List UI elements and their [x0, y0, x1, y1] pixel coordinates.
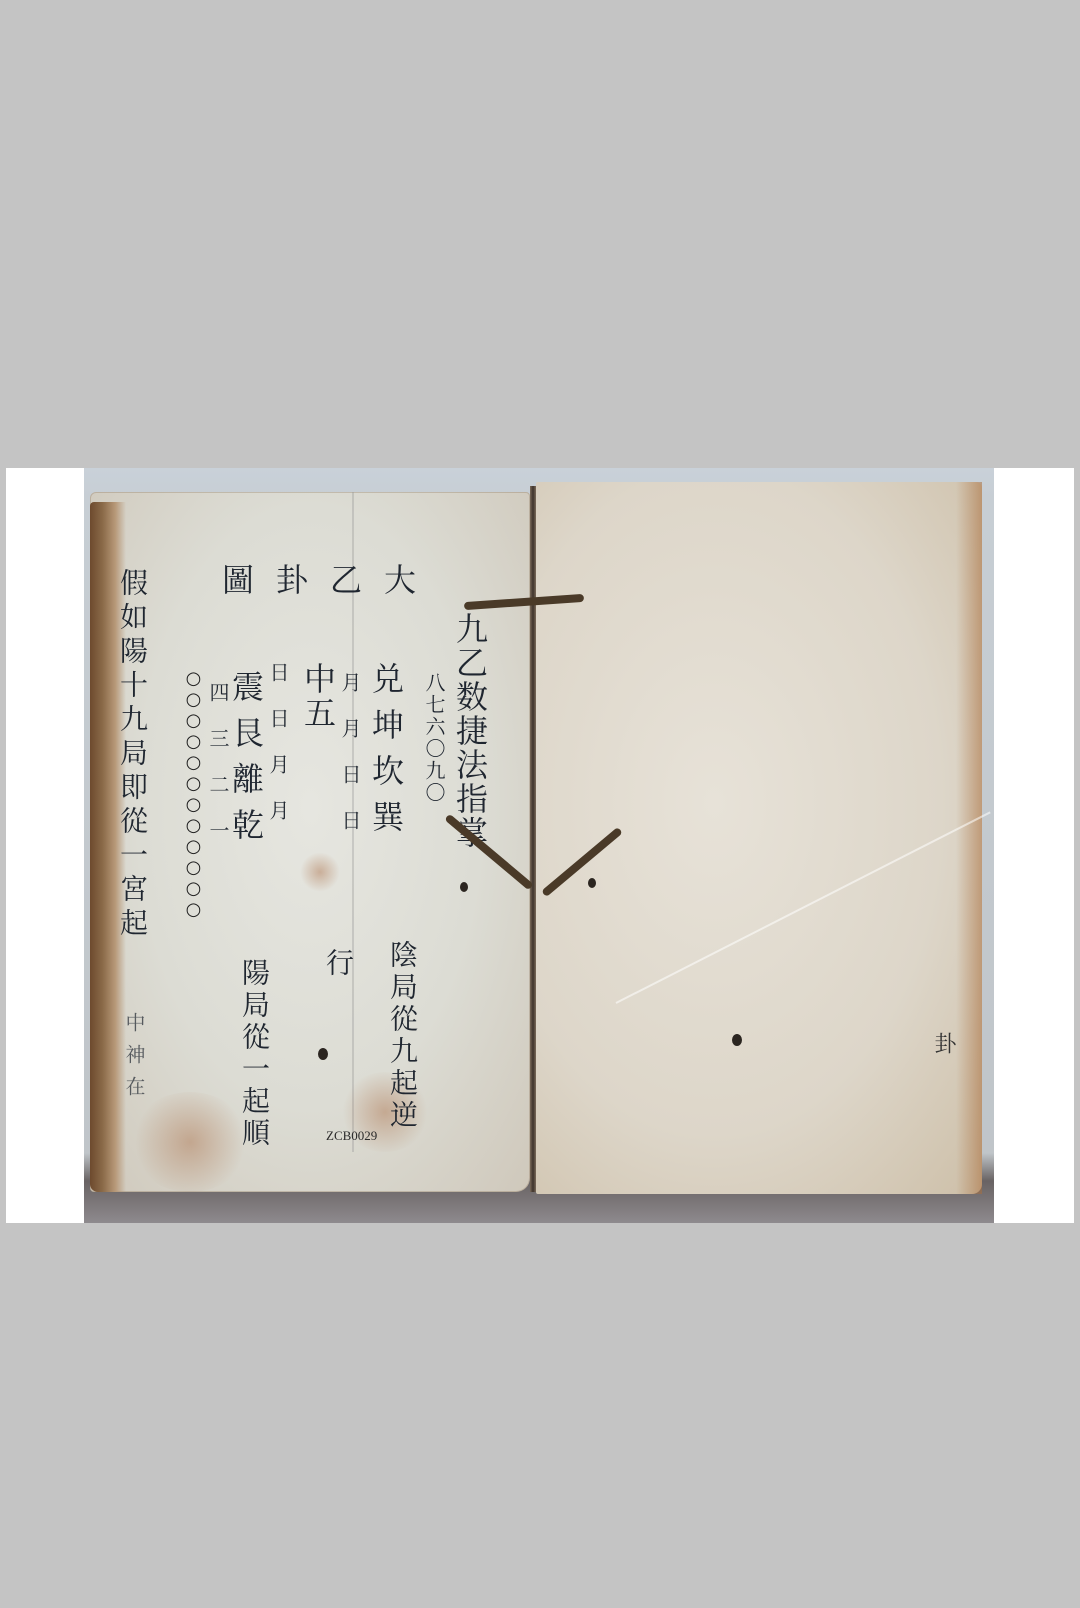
watermark-id: ZCB0029	[326, 1128, 377, 1144]
text-column-4: 中五	[302, 662, 334, 730]
numeral-column-2: 四三二一	[208, 682, 228, 866]
numeral-column-1: 八七六〇九〇	[424, 672, 444, 804]
worm-hole	[460, 882, 468, 892]
text-column-8: 假如陽十九局即從一宮起	[118, 568, 146, 942]
paper-crease	[616, 811, 991, 1003]
page-title: 大乙卦圖	[222, 564, 438, 596]
right-page-edge-stain	[956, 482, 982, 1194]
left-page: 大乙卦圖 九乙数捷法指掌 八七六〇九〇 兑坤坎巽 月月日日 中五 日日月月 震艮…	[90, 492, 530, 1192]
book-photo: 大乙卦圖 九乙数捷法指掌 八七六〇九〇 兑坤坎巽 月月日日 中五 日日月月 震艮…	[84, 468, 994, 1223]
worm-hole	[588, 878, 596, 888]
circle-column: ○○○○○○○○○○○○	[184, 668, 202, 920]
text-column-9: 中神在	[124, 1012, 144, 1108]
text-column-5: 日日月月	[268, 662, 288, 846]
text-column-6: 震艮離乾	[230, 670, 262, 854]
text-column-11: 行	[324, 948, 352, 978]
margin-mark: 卦	[928, 1032, 959, 1054]
worm-hole	[318, 1048, 328, 1060]
text-column-1: 九乙数捷法指掌	[454, 612, 486, 850]
text-column-10: 陰局從九起逆	[388, 940, 416, 1132]
text-column-2: 兑坤坎巽	[370, 662, 402, 846]
stain	[130, 1092, 250, 1192]
text-column-12: 陽局從一起順	[240, 958, 268, 1150]
worm-hole	[732, 1034, 742, 1046]
stain	[300, 852, 340, 892]
text-column-3: 月月日日	[340, 672, 360, 856]
